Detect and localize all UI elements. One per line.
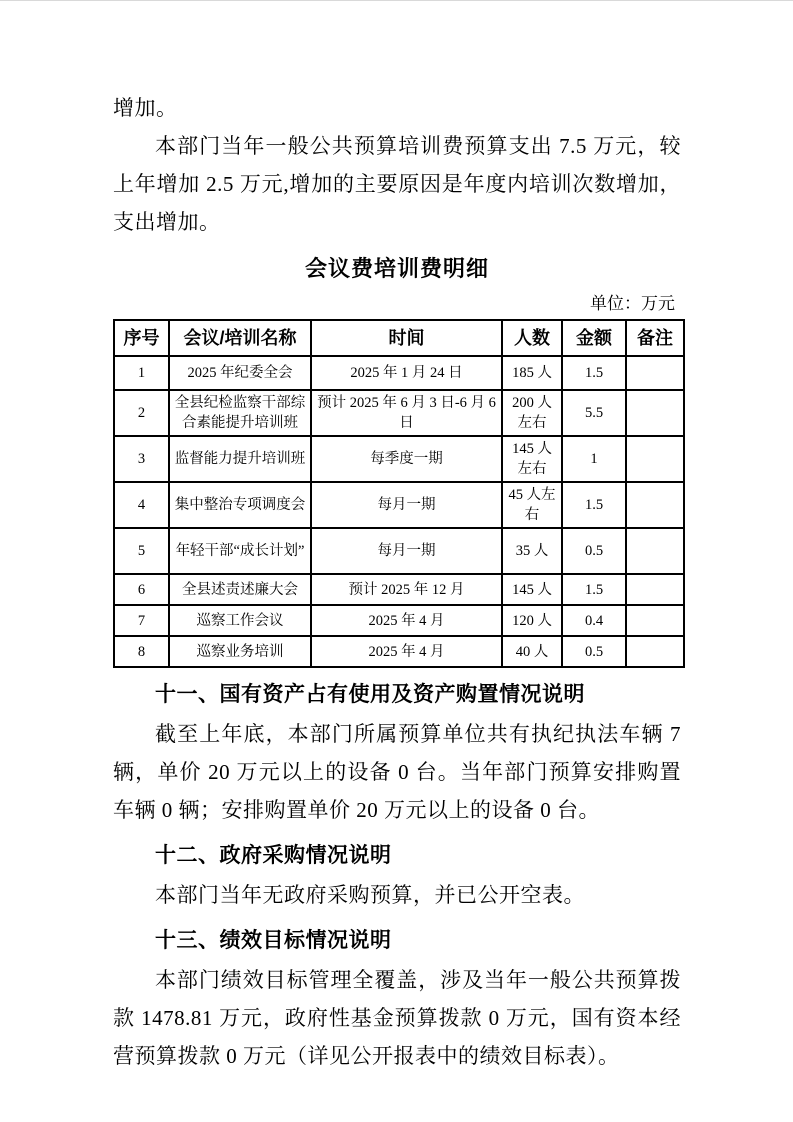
document-page: 增加。 本部门当年一般公共预算培训费预算支出 7.5 万元，较上年增加 2.5 …: [0, 0, 793, 1122]
cell-people: 145 人左右: [502, 436, 562, 482]
cell-time: 2025 年 1 月 24 日: [311, 356, 502, 390]
cell-remark: [626, 482, 684, 528]
cell-time: 预计 2025 年 12 月: [311, 574, 502, 605]
cell-amount: 1.5: [562, 356, 626, 390]
table-title: 会议费培训费明细: [113, 249, 681, 289]
cell-remark: [626, 356, 684, 390]
cell-amount: 0.5: [562, 528, 626, 574]
section-heading-performance: 十三、绩效目标情况说明: [113, 921, 681, 961]
table-row: 5 年轻干部“成长计划” 每月一期 35 人 0.5: [114, 528, 684, 574]
cell-amount: 0.4: [562, 605, 626, 636]
header-people: 人数: [502, 320, 562, 356]
cell-meeting-name: 年轻干部“成长计划”: [169, 528, 311, 574]
table-row: 2 全县纪检监察干部综合素能提升培训班 预计 2025 年 6 月 3 日-6 …: [114, 390, 684, 436]
cell-amount: 1.5: [562, 574, 626, 605]
page-content: 增加。 本部门当年一般公共预算培训费预算支出 7.5 万元，较上年增加 2.5 …: [0, 1, 793, 1075]
cell-people: 120 人: [502, 605, 562, 636]
cell-people: 145 人: [502, 574, 562, 605]
cell-meeting-name: 集中整治专项调度会: [169, 482, 311, 528]
cell-meeting-name: 巡察业务培训: [169, 636, 311, 667]
table-row: 7 巡察工作会议 2025 年 4 月 120 人 0.4: [114, 605, 684, 636]
cell-meeting-name: 2025 年纪委全会: [169, 356, 311, 390]
paragraph-training-budget: 本部门当年一般公共预算培训费预算支出 7.5 万元，较上年增加 2.5 万元,增…: [113, 127, 681, 241]
section-paragraph-procurement: 本部门当年无政府采购预算，并已公开空表。: [113, 876, 681, 914]
cell-index: 8: [114, 636, 169, 667]
cell-index: 6: [114, 574, 169, 605]
cell-time: 每季度一期: [311, 436, 502, 482]
header-time: 时间: [311, 320, 502, 356]
cell-time: 每月一期: [311, 528, 502, 574]
header-index: 序号: [114, 320, 169, 356]
cell-time: 每月一期: [311, 482, 502, 528]
section-paragraph-performance: 本部门绩效目标管理全覆盖，涉及当年一般公共预算拨款 1478.81 万元，政府性…: [113, 961, 681, 1075]
cell-remark: [626, 574, 684, 605]
cell-remark: [626, 528, 684, 574]
cell-people: 40 人: [502, 636, 562, 667]
cell-people: 200 人左右: [502, 390, 562, 436]
cell-meeting-name: 监督能力提升培训班: [169, 436, 311, 482]
cell-index: 2: [114, 390, 169, 436]
cell-meeting-name: 全县纪检监察干部综合素能提升培训班: [169, 390, 311, 436]
section-paragraph-state-assets: 截至上年底，本部门所属预算单位共有执纪执法车辆 7 辆，单价 20 万元以上的设…: [113, 715, 681, 829]
cell-remark: [626, 390, 684, 436]
cell-amount: 0.5: [562, 636, 626, 667]
header-remark: 备注: [626, 320, 684, 356]
table-row: 6 全县述责述廉大会 预计 2025 年 12 月 145 人 1.5: [114, 574, 684, 605]
cell-meeting-name: 巡察工作会议: [169, 605, 311, 636]
cell-index: 3: [114, 436, 169, 482]
table-row: 1 2025 年纪委全会 2025 年 1 月 24 日 185 人 1.5: [114, 356, 684, 390]
cell-people: 35 人: [502, 528, 562, 574]
cell-index: 1: [114, 356, 169, 390]
table-row: 3 监督能力提升培训班 每季度一期 145 人左右 1: [114, 436, 684, 482]
cell-amount: 5.5: [562, 390, 626, 436]
cell-time: 2025 年 4 月: [311, 605, 502, 636]
unit-note: 单位：万元: [113, 291, 675, 317]
cell-meeting-name: 全县述责述廉大会: [169, 574, 311, 605]
cell-remark: [626, 636, 684, 667]
cell-amount: 1.5: [562, 482, 626, 528]
table-row: 4 集中整治专项调度会 每月一期 45 人左右 1.5: [114, 482, 684, 528]
cell-amount: 1: [562, 436, 626, 482]
table-row: 8 巡察业务培训 2025 年 4 月 40 人 0.5: [114, 636, 684, 667]
cell-index: 5: [114, 528, 169, 574]
section-heading-procurement: 十二、政府采购情况说明: [113, 836, 681, 876]
cell-time: 预计 2025 年 6 月 3 日-6 月 6 日: [311, 390, 502, 436]
cell-people: 45 人左右: [502, 482, 562, 528]
table-header-row: 序号 会议/培训名称 时间 人数 金额 备注: [114, 320, 684, 356]
cell-time: 2025 年 4 月: [311, 636, 502, 667]
cell-people: 185 人: [502, 356, 562, 390]
cell-index: 4: [114, 482, 169, 528]
paragraph-continuation: 增加。: [113, 89, 681, 127]
cell-remark: [626, 605, 684, 636]
cell-remark: [626, 436, 684, 482]
section-heading-state-assets: 十一、国有资产占有使用及资产购置情况说明: [113, 675, 681, 715]
meeting-training-table: 序号 会议/培训名称 时间 人数 金额 备注 1 2025 年纪委全会 2025…: [113, 319, 685, 668]
header-meeting-name: 会议/培训名称: [169, 320, 311, 356]
cell-index: 7: [114, 605, 169, 636]
header-amount: 金额: [562, 320, 626, 356]
